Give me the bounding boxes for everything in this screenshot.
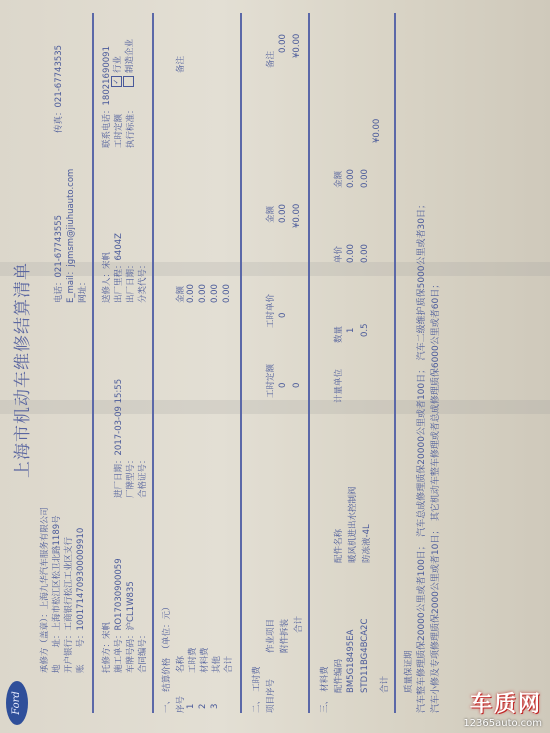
col-header: 备注 (174, 56, 186, 73)
page-title: 上海市机动车维修结算清单 (8, 262, 33, 478)
warranty-title: 质量保证期 (402, 650, 414, 693)
part-name: 暖风机进出水控制阀 (346, 486, 358, 563)
row-amount: ¥0.00 (292, 204, 302, 228)
col-header: 配件编码 (332, 659, 344, 693)
category-line: 分类代号： (136, 260, 148, 303)
email-line: E_mail：jgmsm@jiuhuauto.com (64, 169, 76, 303)
part-qty: 0.5 (360, 323, 370, 337)
col-header: 备注 (264, 51, 276, 68)
cert-line: 合格证号： (136, 455, 148, 498)
sender-line: 送修人：宋帆 (100, 252, 112, 303)
warranty-line2: 汽车小修及专项修理质保2000公里或者10日； 其它机动车整车修理或者总成修理质… (428, 280, 441, 713)
divider (92, 13, 94, 713)
account-line: 账 号：1001714709300009910 (74, 528, 86, 673)
col-header: 序号 (174, 696, 186, 713)
row-note: ¥0.00 (292, 34, 302, 58)
document-photo: Ford 上海市机动车维修结算清单 承修方（盖章）：上海九华汽车服务有限公司 地… (0, 0, 550, 733)
watermark: 车质网 12365auto.com (463, 687, 542, 729)
mileage-line: 出厂里程：6404Z (112, 233, 124, 303)
col-header: 作业项目 (264, 619, 276, 653)
exec-std-label: 执行标准： (124, 105, 136, 148)
col-header: 项目序号 (264, 679, 276, 713)
col-header: 计量单位 (332, 369, 344, 403)
row-item: 合计 (292, 616, 304, 633)
manufacturer-label: 制造企业 (123, 39, 135, 73)
warranty-line1: 汽车整车修理质保20000公里或者100日； 汽车总成修理质保20000公里或者… (414, 200, 427, 713)
row-hours: 0 (292, 383, 302, 388)
section1-title: 一、 结算价格 （单位：元） (160, 602, 172, 713)
col-header: 工时定额 (264, 364, 276, 398)
industry-checkbox: ✓ (111, 76, 122, 87)
col-header: 配件名称 (332, 529, 344, 563)
row-hours: 0 (278, 383, 288, 388)
row-unit: 0 (278, 313, 288, 318)
part-code: BM5G18495EA (346, 630, 356, 693)
divider (308, 13, 310, 713)
phone-line: 电话：021-67743555 (52, 215, 64, 303)
col-header: 单价 (332, 246, 344, 263)
vehicle-line: 车牌号码：沪CL1W835 (124, 581, 136, 673)
row-amount: 0.00 (210, 284, 220, 303)
labor-std-label: 工时定额 (112, 114, 124, 148)
contract-line: 合同编号： (136, 630, 148, 673)
maker-line: 厂牌型号： (124, 455, 136, 498)
bank-line: 开户银行：工商银行松江工业区支行 (62, 537, 74, 673)
part-name: 防冻液-4L (360, 524, 372, 563)
col-header: 金额 (332, 171, 344, 188)
entry-date-line: 进厂日期：2017-03-09 15:55 (112, 379, 124, 498)
col-header: 金额 (264, 206, 276, 223)
divider (240, 13, 242, 713)
col-header: 金额 (174, 286, 186, 303)
row-name: 材料费 (198, 647, 210, 673)
row-amount: 0.00 (222, 284, 232, 303)
part-qty: 1 (346, 328, 356, 333)
ford-logo: Ford (6, 681, 28, 725)
fax-line: 传真：021-67743535 (52, 45, 64, 133)
row-note: 0.00 (278, 34, 288, 53)
row-name: 其他 (210, 656, 222, 673)
row-name: 合计 (222, 656, 234, 673)
row-no: 2 (198, 704, 208, 709)
web-line: 网址： (76, 277, 88, 303)
part-amount: 0.00 (346, 169, 356, 188)
order-line: 施工单号：RO17030900059 (112, 558, 124, 673)
part-price: 0.00 (346, 244, 356, 263)
section3-title: 三、 材料费 (318, 666, 330, 713)
row-name: 工时费 (186, 647, 198, 673)
row-no: 3 (210, 704, 220, 709)
part-price: 0.00 (360, 244, 370, 263)
industry-label: 行业 (111, 56, 123, 73)
col-header: 数量 (332, 326, 344, 343)
col-header: 名称 (174, 656, 186, 673)
row-amount: 0.00 (198, 284, 208, 303)
repairer-line: 承修方（盖章）：上海九华汽车服务有限公司 (38, 507, 50, 673)
part-code: STD11BG4BCA2C (360, 619, 370, 693)
part-amount: 0.00 (360, 169, 370, 188)
row-item: 附件拆装 (278, 619, 290, 653)
settlement-sheet: Ford 上海市机动车维修结算清单 承修方（盖章）：上海九华汽车服务有限公司 地… (0, 0, 550, 733)
row-no: 1 (186, 704, 196, 709)
manufacturer-checkbox (123, 76, 134, 87)
row-amount: 0.00 (186, 284, 196, 303)
section2-title: 二、 工时费 (250, 666, 262, 713)
watermark-brand: 车质网 (463, 687, 542, 718)
address-line: 地 址：上海市松江区松卫北路1189号 (50, 515, 62, 673)
owner-line: 托修方：宋帆 (100, 622, 112, 673)
col-header: 工时单价 (264, 294, 276, 328)
total-label: 合计 (378, 676, 390, 693)
row-amount: 0.00 (278, 204, 288, 223)
divider (152, 13, 154, 713)
divider (394, 13, 396, 713)
watermark-url: 12365auto.com (463, 718, 542, 729)
exit-date-line: 出厂日期： (124, 260, 136, 303)
total-value: ¥0.00 (372, 119, 382, 143)
